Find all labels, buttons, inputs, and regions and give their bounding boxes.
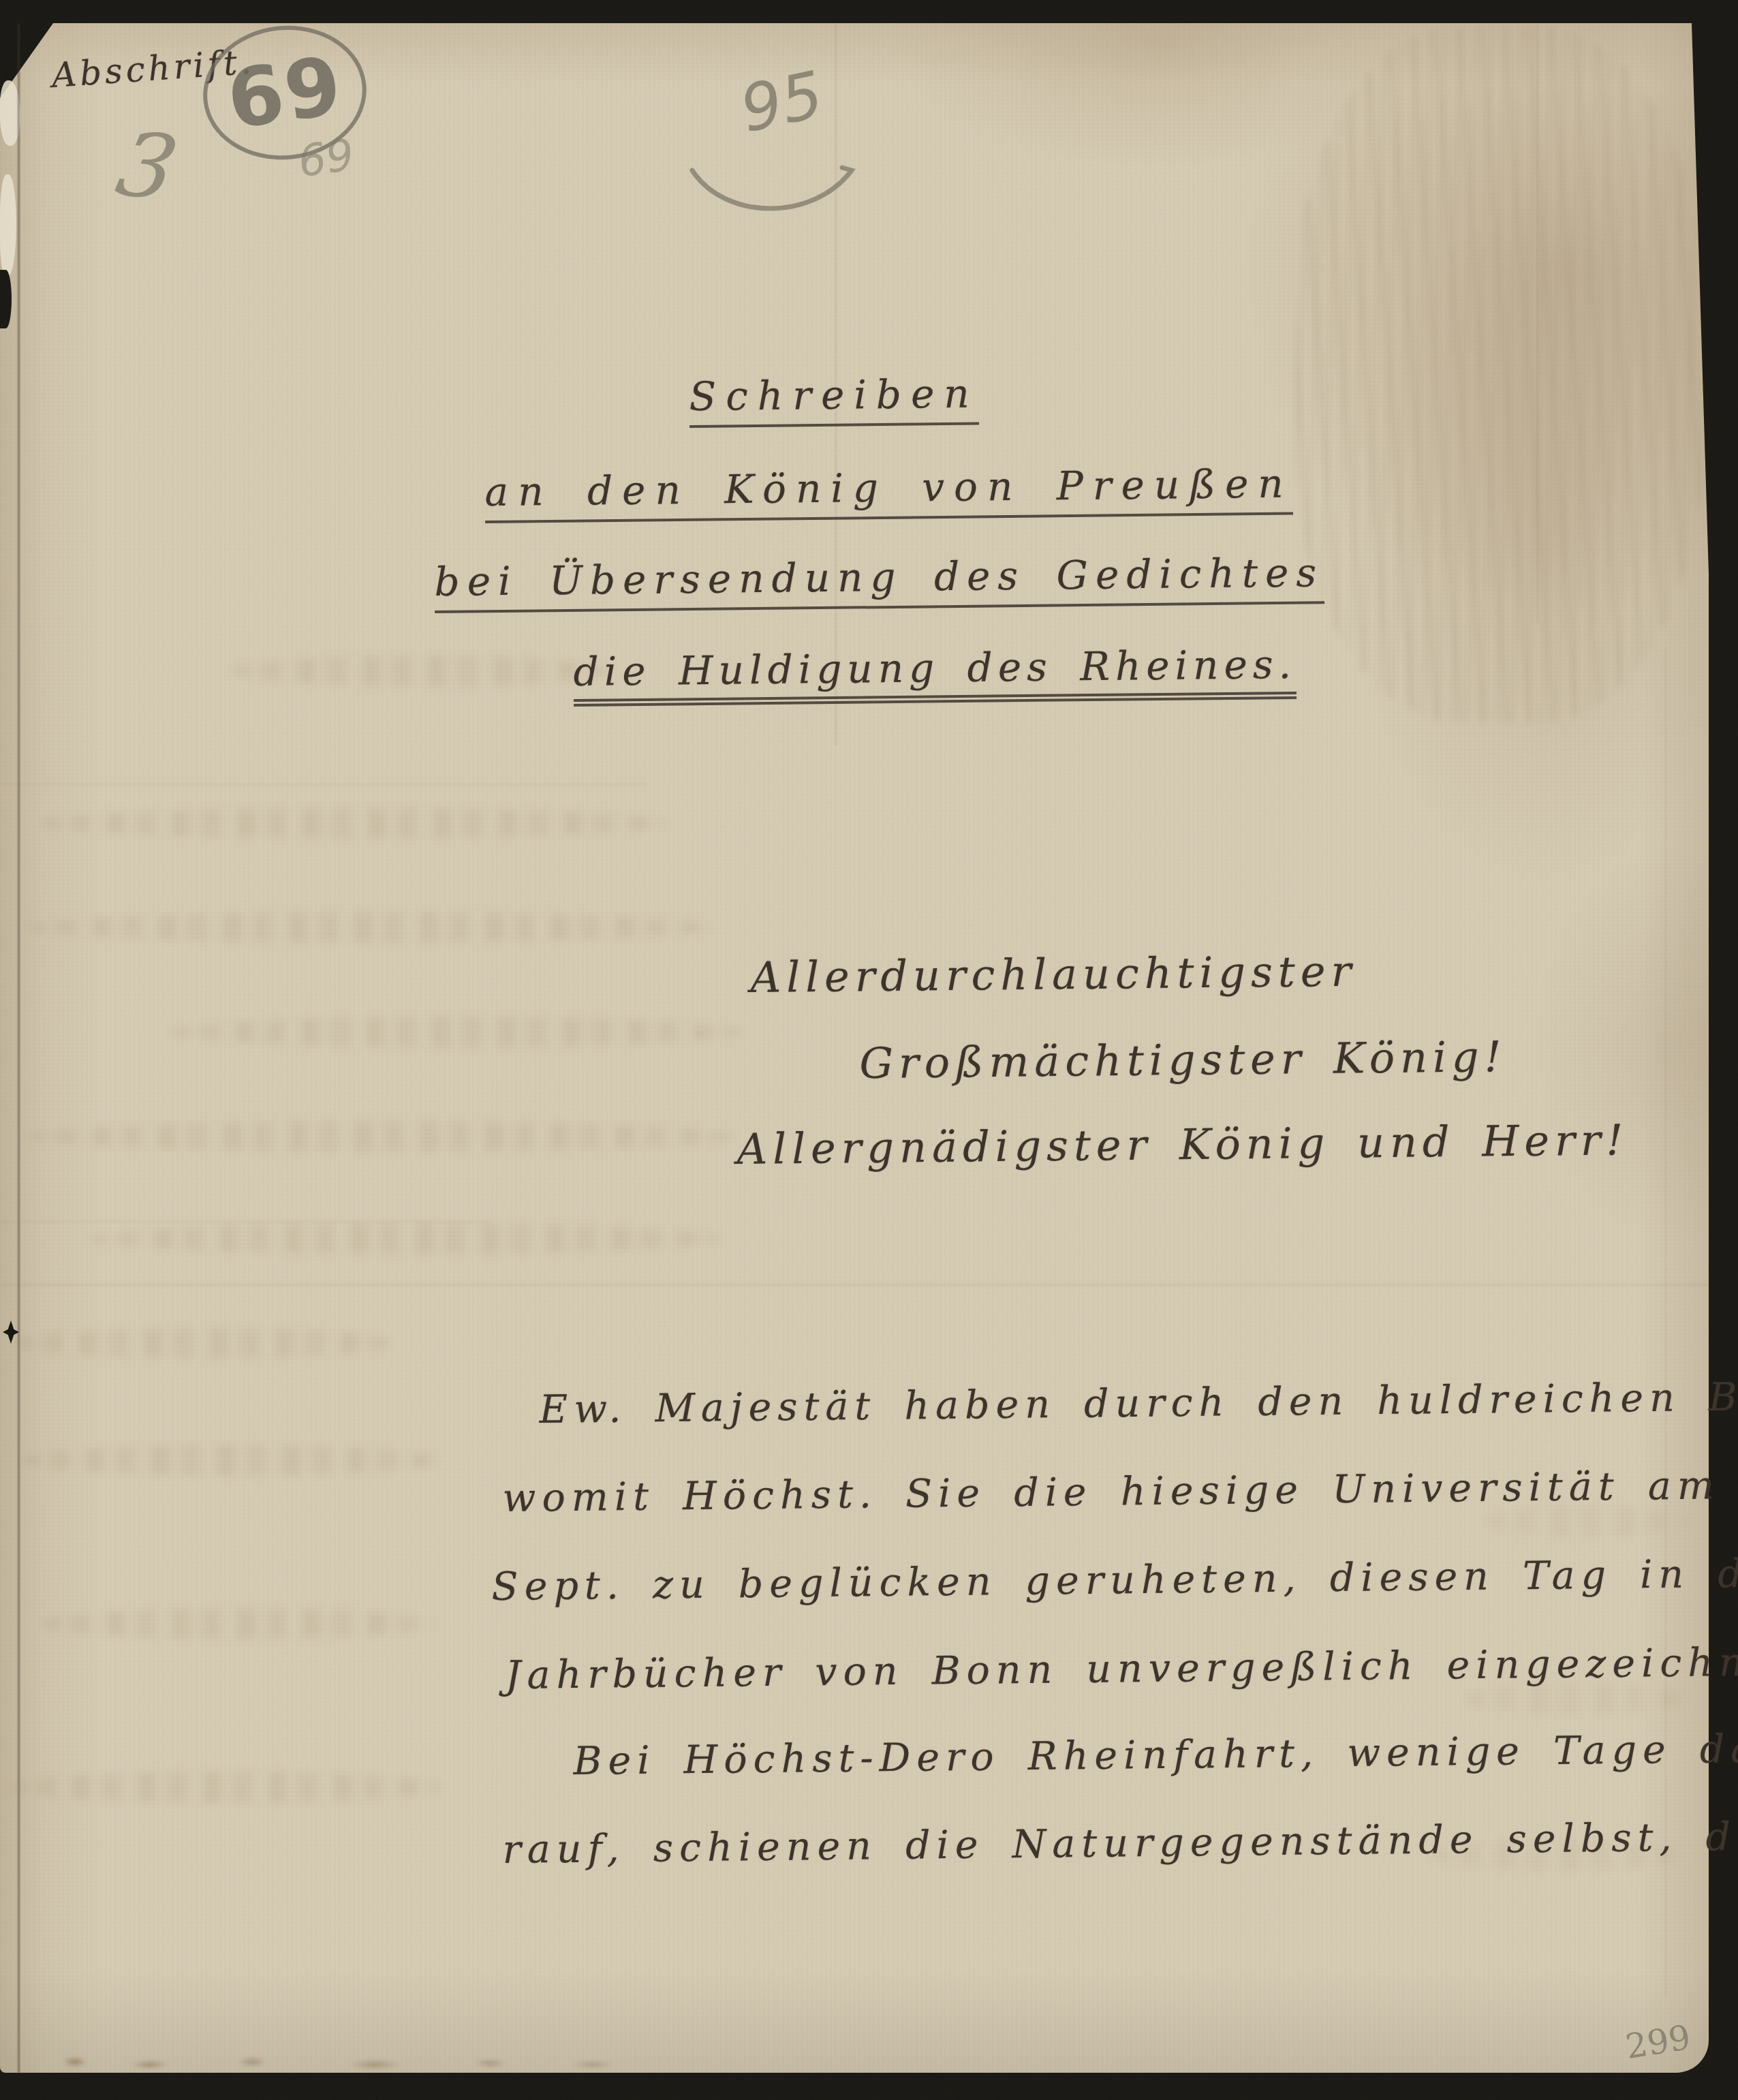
fold-crease-vertical xyxy=(1537,23,1538,623)
salutation-line-1: Allerdurchlauchtigster xyxy=(750,946,1356,1002)
ink-bleedthrough xyxy=(89,1223,722,1254)
edge-dirt xyxy=(48,2041,647,2071)
fold-crease-horizontal xyxy=(0,784,647,785)
ink-bleedthrough xyxy=(1465,1683,1690,1714)
ink-bleedthrough xyxy=(27,1121,743,1152)
ink-bleedthrough xyxy=(41,807,668,839)
manuscript-scan: Abschrift. 3 69 69 95 299 Schreiben an d… xyxy=(0,0,1738,2100)
salutation-line-2: Großmächtigster König! xyxy=(859,1032,1507,1088)
ink-bleedthrough xyxy=(1485,1506,1690,1537)
circled-number-value: 69 xyxy=(221,38,348,147)
ink-bleedthrough xyxy=(14,1327,395,1359)
ink-bleedthrough xyxy=(170,1017,743,1048)
edge-notch xyxy=(0,270,12,328)
small-folio-number: 69 xyxy=(295,130,357,188)
letter-title-line-2: an den König von Preußen xyxy=(484,461,1293,515)
fold-crease-horizontal xyxy=(0,1284,1709,1286)
ink-bleedthrough xyxy=(20,1445,443,1476)
ink-bleedthrough xyxy=(27,912,715,943)
ink-bleedthrough xyxy=(41,1608,436,1639)
fold-crease-vertical xyxy=(1665,647,1666,1996)
letter-title-line-3: bei Übersendung des Gedichtes xyxy=(434,549,1324,605)
pencil-flourish xyxy=(687,155,867,227)
ink-bleedthrough xyxy=(232,655,613,687)
fold-crease-horizontal xyxy=(0,1221,491,1222)
water-stain xyxy=(1294,27,1703,722)
letter-title-line-1: Schreiben xyxy=(689,371,979,420)
binding-edge-crease xyxy=(18,23,20,2073)
letter-title-line-4: die Huldigung des Rheines. xyxy=(573,641,1297,695)
salutation-line-3: Allergnädigster König und Herr! xyxy=(736,1115,1628,1174)
ink-bleedthrough xyxy=(7,1772,443,1803)
